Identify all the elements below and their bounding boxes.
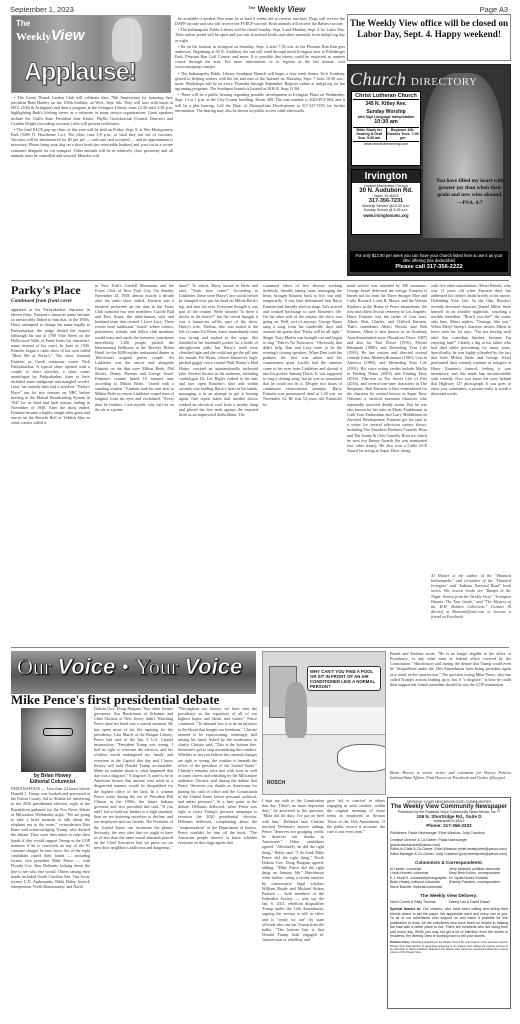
parky-continued: Continued from front cover (11, 298, 93, 304)
christ-lutheran-website: www.christlutheranindy.com (353, 141, 419, 146)
woman-figure (285, 682, 307, 738)
columnist-photo (21, 708, 86, 772)
clapping-hands-image (112, 18, 142, 62)
section-divider (11, 280, 509, 281)
parky-column-4: continued effort of five doctors working… (263, 283, 342, 644)
issue-date: September 1, 2023 (10, 5, 74, 14)
columnists-list: Al Hunter, columnistJerry Maxwell, polit… (390, 867, 508, 889)
parky-headline: Parky's Place (11, 283, 91, 298)
applause-banner: The WeeklyView Applause! (11, 15, 171, 93)
section-divider (11, 647, 509, 648)
irvington-website: www.irvingtonumc.org (352, 213, 420, 218)
church-listing-promo: For only $12.50 per week you can have yo… (350, 251, 508, 272)
opinion-column-4: I kept my oath to the Constitution that … (262, 798, 324, 1016)
opinion-column-5: gave 'aid or comfort' to others engaging… (327, 798, 385, 838)
staff-box: SERVING YOUR NEIGHBORHOOD COMMUNITIES Th… (387, 797, 511, 1009)
bible-verse: You have filled my heart with greater jo… (432, 178, 508, 207)
office-closed-notice: The Weekly View office will be closed on… (347, 14, 511, 61)
editor-list: Creative Director & Co-Owner: Paula Nice… (390, 838, 508, 856)
opinion-column-1: INDIANAPOLIS — Less than 24 hours before… (11, 786, 90, 1016)
man-lying-figure (337, 744, 386, 772)
church-directory-title: Church Directory (350, 69, 477, 90)
church-steeple-image (423, 73, 503, 238)
parky-author-note: Al Hunter is the author of the "Haunted … (431, 573, 511, 645)
our-voice-your-voice-banner: Our Voice • Your Voice (11, 651, 256, 694)
church-directory-ad: Church Directory Christ Lutheran Church … (347, 64, 511, 276)
parky-column-3: time?" To which, Harry turned to Berle a… (179, 283, 258, 644)
parky-column-5: neral service was attended by 300 mourne… (347, 283, 427, 644)
cartoonist-signature: ROSCH (267, 780, 285, 786)
masthead: The Weekly View (248, 5, 305, 14)
parky-column-2: in New York's Catskill Mountains and the… (95, 283, 174, 644)
opinion-column-3: "Throughout our history, we have seen th… (178, 706, 257, 1016)
christ-lutheran-listing: Christ Lutheran Church 345 N. Kitley Ave… (351, 91, 421, 166)
applause-title: Applause! (24, 58, 136, 87)
byline: by Brian HoweyEditorial Columnist (11, 773, 94, 785)
office-phone: Phone: 317-356-2222 (390, 823, 508, 828)
parky-column-1: appeared as his Parkyakarkus character i… (11, 307, 90, 644)
page-number: Page A3 (480, 5, 508, 14)
opinion-column-6: Baude and Paulson wrote. "He is no longe… (390, 651, 511, 769)
publisher-policy: Publisher Policy: Advertising appearing … (390, 941, 508, 954)
political-cartoon: Why can't you find a pool or sit in fron… (262, 651, 386, 795)
delivery-list: Norm Correll & Patty ThomasDanny Lan & D… (390, 900, 508, 904)
applause-column-2: be available if needed. Pets must be at … (175, 16, 345, 278)
parky-column-6: with five other nominations. Albert Broo… (431, 283, 511, 573)
opinion-column-2: Dakota Gov. Doug Burgum. Two other forme… (94, 706, 173, 1016)
publishers: Publishers: Paula Nicewanger, Ethel Wins… (390, 831, 508, 835)
special-thanks: Special thanks to: Our readers, who have… (390, 907, 508, 938)
speech-bubble: Why can't you find a pool or sit in fron… (307, 666, 381, 691)
opinion-author-note: Brian Howey is senior writer and columni… (390, 770, 511, 794)
applause-column-1: • The Green Thumb Garden Club will celeb… (11, 95, 173, 278)
irvington-umc-listing: Irvington United Methodist Church 30 N. … (351, 169, 421, 235)
